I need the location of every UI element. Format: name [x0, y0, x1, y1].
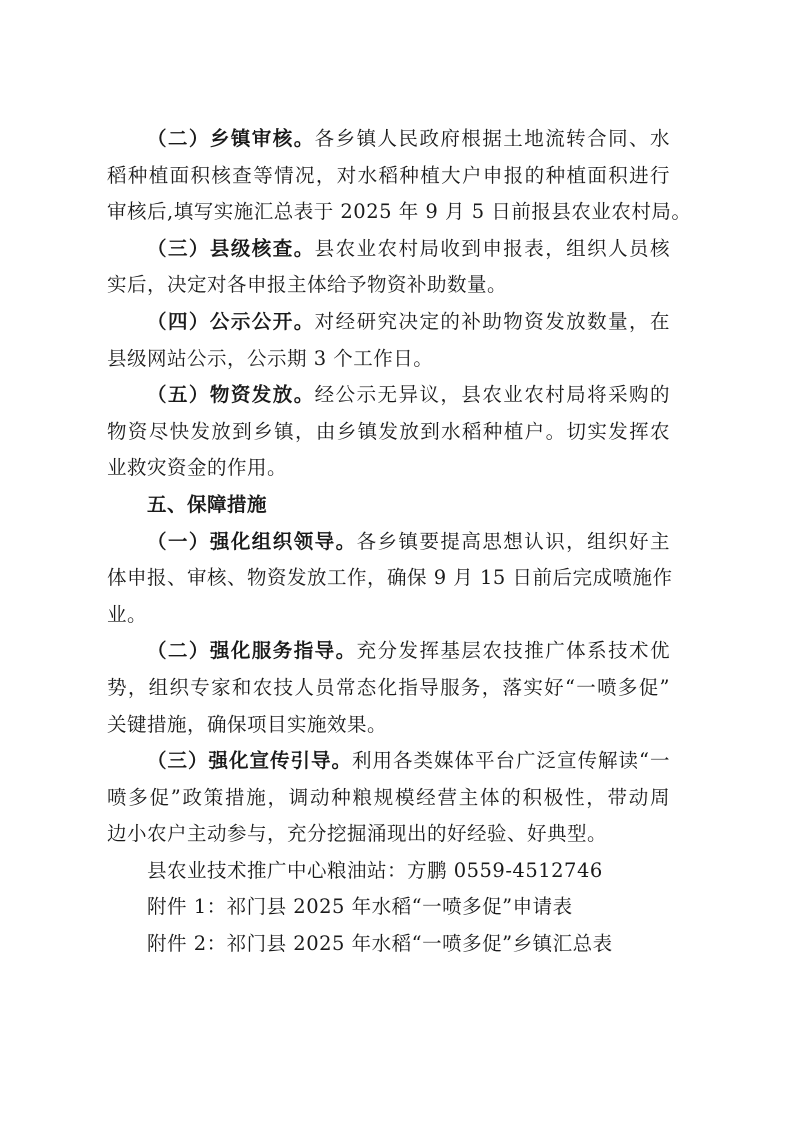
- paragraph-line: 喷多促”政策措施，调动种粮规模经营主体的积极性，带动周: [107, 780, 670, 817]
- paragraph-label: （五）物资发放。: [147, 383, 315, 406]
- paragraph-line: 关键措施，确保项目实施效果。: [107, 707, 670, 744]
- paragraph-line: （二）乡镇审核。各乡镇人民政府根据土地流转合同、水: [107, 121, 670, 158]
- document-page: （二）乡镇审核。各乡镇人民政府根据土地流转合同、水 稻种植面积核查等情况，对水稻…: [107, 121, 670, 963]
- paragraph-label: （一）强化组织领导。: [147, 530, 357, 553]
- paragraph-line: 体申报、审核、物资发放工作，确保 9 月 15 日前后完成喷施作: [107, 560, 670, 597]
- contact-line: 县农业技术推广中心粮油站：方鹏 0559-4512746: [107, 853, 670, 890]
- paragraph-line: 业救灾资金的作用。: [107, 450, 670, 487]
- paragraph-line: （五）物资发放。经公示无异议，县农业农村局将采购的: [107, 377, 670, 414]
- paragraph-line: 县级网站公示，公示期 3 个工作日。: [107, 341, 670, 378]
- paragraph-line: 稻种植面积核查等情况，对水稻种植大户申报的种植面积进行: [107, 158, 670, 195]
- paragraph-label: （二）乡镇审核。: [147, 127, 315, 150]
- paragraph-line: 审核后,填写实施汇总表于 2025 年 9 月 5 日前报县农业农村局。: [107, 194, 670, 231]
- paragraph-line: 势，组织专家和农技人员常态化指导服务，落实好“一喷多促”: [107, 670, 670, 707]
- paragraph-line: 实后，决定对各申报主体给予物资补助数量。: [107, 267, 670, 304]
- paragraph-line: 边小农户主动参与，充分挖掘涌现出的好经验、好典型。: [107, 816, 670, 853]
- paragraph-line: （四）公示公开。对经研究决定的补助物资发放数量，在: [107, 304, 670, 341]
- attachment-1: 附件 1：祁门县 2025 年水稻“一喷多促”申请表: [107, 889, 670, 926]
- paragraph-line: （一）强化组织领导。各乡镇要提高思想认识，组织好主: [107, 524, 670, 561]
- section-heading: 五、保障措施: [107, 487, 670, 524]
- paragraph-line: （二）强化服务指导。充分发挥基层农技推广体系技术优: [107, 633, 670, 670]
- paragraph-line: 物资尽快发放到乡镇，由乡镇发放到水稻种植户。切实发挥农: [107, 414, 670, 451]
- paragraph-line: （三）强化宣传引导。利用各类媒体平台广泛宣传解读“一: [107, 743, 670, 780]
- paragraph-label: （二）强化服务指导。: [147, 639, 357, 662]
- paragraph-line: 业。: [107, 597, 670, 634]
- paragraph-label: （三）县级核查。: [147, 237, 315, 260]
- attachment-2: 附件 2：祁门县 2025 年水稻“一喷多促”乡镇汇总表: [107, 926, 670, 963]
- paragraph-line: （三）县级核查。县农业农村局收到申报表，组织人员核: [107, 231, 670, 268]
- paragraph-label: （三）强化宣传引导。: [147, 749, 352, 772]
- paragraph-label: （四）公示公开。: [147, 310, 315, 333]
